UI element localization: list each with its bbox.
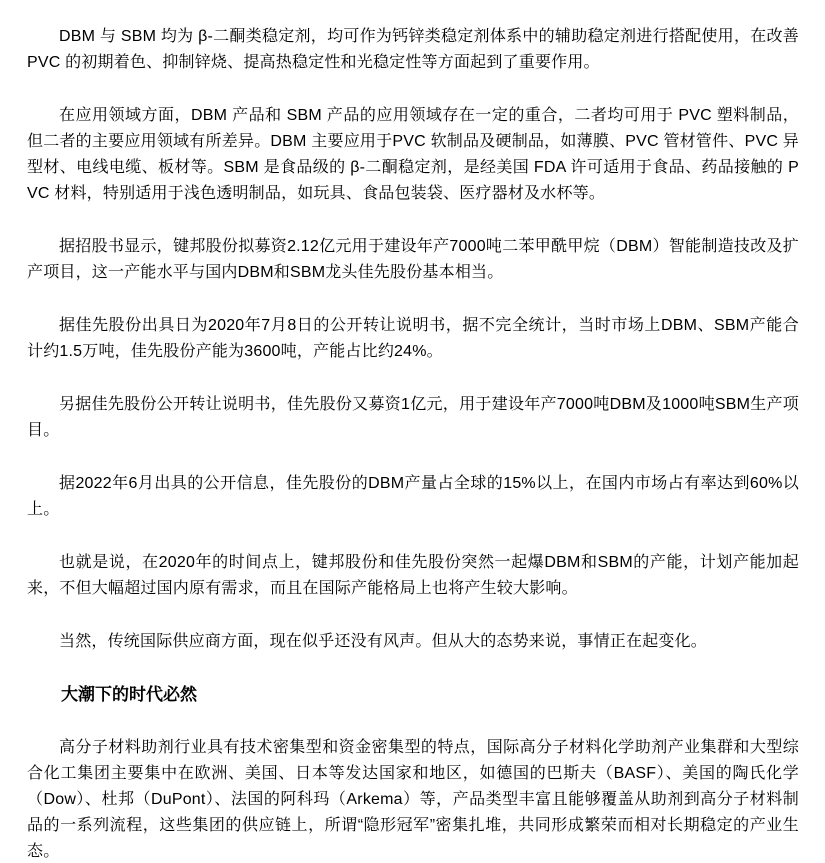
paragraph-prospectus-fundraising: 据招股书显示，键邦股份拟募资2.12亿元用于建设年产7000吨二苯甲酰甲烷（DB… [27,234,799,286]
paragraph-application-fields: 在应用领域方面，DBM 产品和 SBM 产品的应用领域存在一定的重合，二者均可用… [27,103,799,207]
paragraph-2022-public-info: 据2022年6月出具的公开信息，佳先股份的DBM产量占全球的15%以上，在国内市… [27,471,799,523]
paragraph-dbm-sbm-intro: DBM 与 SBM 均为 β-二酮类稳定剂，均可作为钙锌类稳定剂体系中的辅助稳定… [27,24,799,76]
paragraph-jiaxian-transfer-statement: 据佳先股份出具日为2020年7月8日的公开转让说明书，据不完全统计，当时市场上D… [27,313,799,365]
paragraph-capacity-expansion-impact: 也就是说，在2020年的时间点上，键邦股份和佳先股份突然一起爆DBM和SBM的产… [27,550,799,602]
document-page: DBM 与 SBM 均为 β-二酮类稳定剂，均可作为钙锌类稳定剂体系中的辅助稳定… [0,0,825,863]
paragraph-jiaxian-additional-fundraising: 另据佳先股份公开转让说明书，佳先股份又募资1亿元，用于建设年产7000吨DBM及… [27,392,799,444]
paragraph-international-suppliers: 当然，传统国际供应商方面，现在似乎还没有风声。但从大的态势来说，事情正在起变化。 [27,629,799,655]
paragraph-polymer-additives-industry: 高分子材料助剂行业具有技术密集型和资金密集型的特点，国际高分子材料化学助剂产业集… [27,735,799,863]
section-heading-era-trend: 大潮下的时代必然 [27,682,799,708]
